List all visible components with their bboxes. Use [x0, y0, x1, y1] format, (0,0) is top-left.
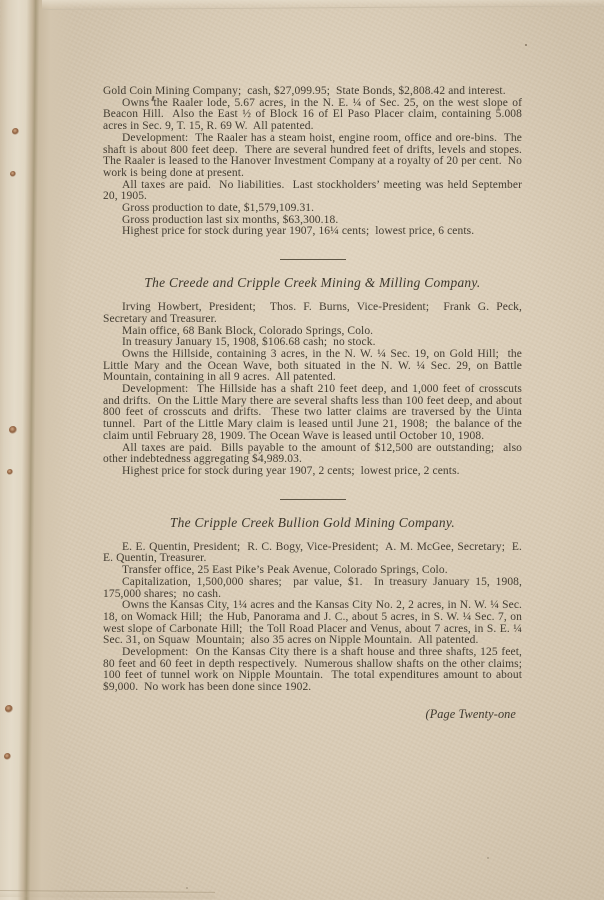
binding-hole: [12, 128, 19, 135]
scanned-book-page: Gold Coin Mining Company; cash, $27,099.…: [0, 0, 604, 900]
binding-hole: [7, 469, 13, 475]
paragraph: All taxes are paid. Bills payable to the…: [103, 443, 522, 466]
paragraph: Development: On the Kansas City there is…: [103, 647, 522, 694]
page-number-footer: (Page Twenty-one: [103, 709, 522, 721]
paragraph: Owns the Kansas City, 1¼ acres and the K…: [103, 600, 522, 647]
paragraph: Highest price for stock during year 1907…: [103, 466, 522, 478]
paper-speck: [525, 44, 527, 46]
page-edge-top: [42, 0, 604, 10]
text-column: Gold Coin Mining Company; cash, $27,099.…: [103, 86, 522, 721]
paragraph: Highest price for stock during year 1907…: [103, 226, 522, 238]
binding-spine: [0, 0, 75, 900]
paragraph: E. E. Quentin, President; R. C. Bogy, Vi…: [103, 542, 522, 565]
paragraph: Owns the Hillside, containing 3 acres, i…: [103, 349, 522, 384]
paragraph: All taxes are paid. No liabilities. Last…: [103, 180, 522, 203]
section-divider: [280, 499, 346, 500]
paragraph: Development: The Hillside has a shaft 21…: [103, 384, 522, 443]
paper-speck: [487, 857, 489, 859]
section-divider: [280, 259, 346, 260]
paragraph: Irving Howbert, President; Thos. F. Burn…: [103, 302, 522, 325]
paragraph: Owns the Raaler lode, 5.67 acres, in the…: [103, 98, 522, 133]
paper-speck: [186, 887, 188, 889]
paragraph: Gross production to date, $1,579,109.31.: [103, 203, 522, 215]
section-heading: The Cripple Creek Bullion Gold Mining Co…: [103, 515, 522, 531]
paragraph: Capitalization, 1,500,000 shares; par va…: [103, 577, 522, 600]
binding-hole: [10, 171, 16, 177]
binding-hole: [9, 426, 17, 434]
paragraph: Gold Coin Mining Company; cash, $27,099.…: [103, 86, 522, 98]
binding-hole: [4, 753, 11, 760]
paragraph: Development: The Raaler has a steam hois…: [103, 133, 522, 180]
section-heading: The Creede and Cripple Creek Mining & Mi…: [103, 275, 522, 291]
binding-hole: [5, 705, 13, 713]
